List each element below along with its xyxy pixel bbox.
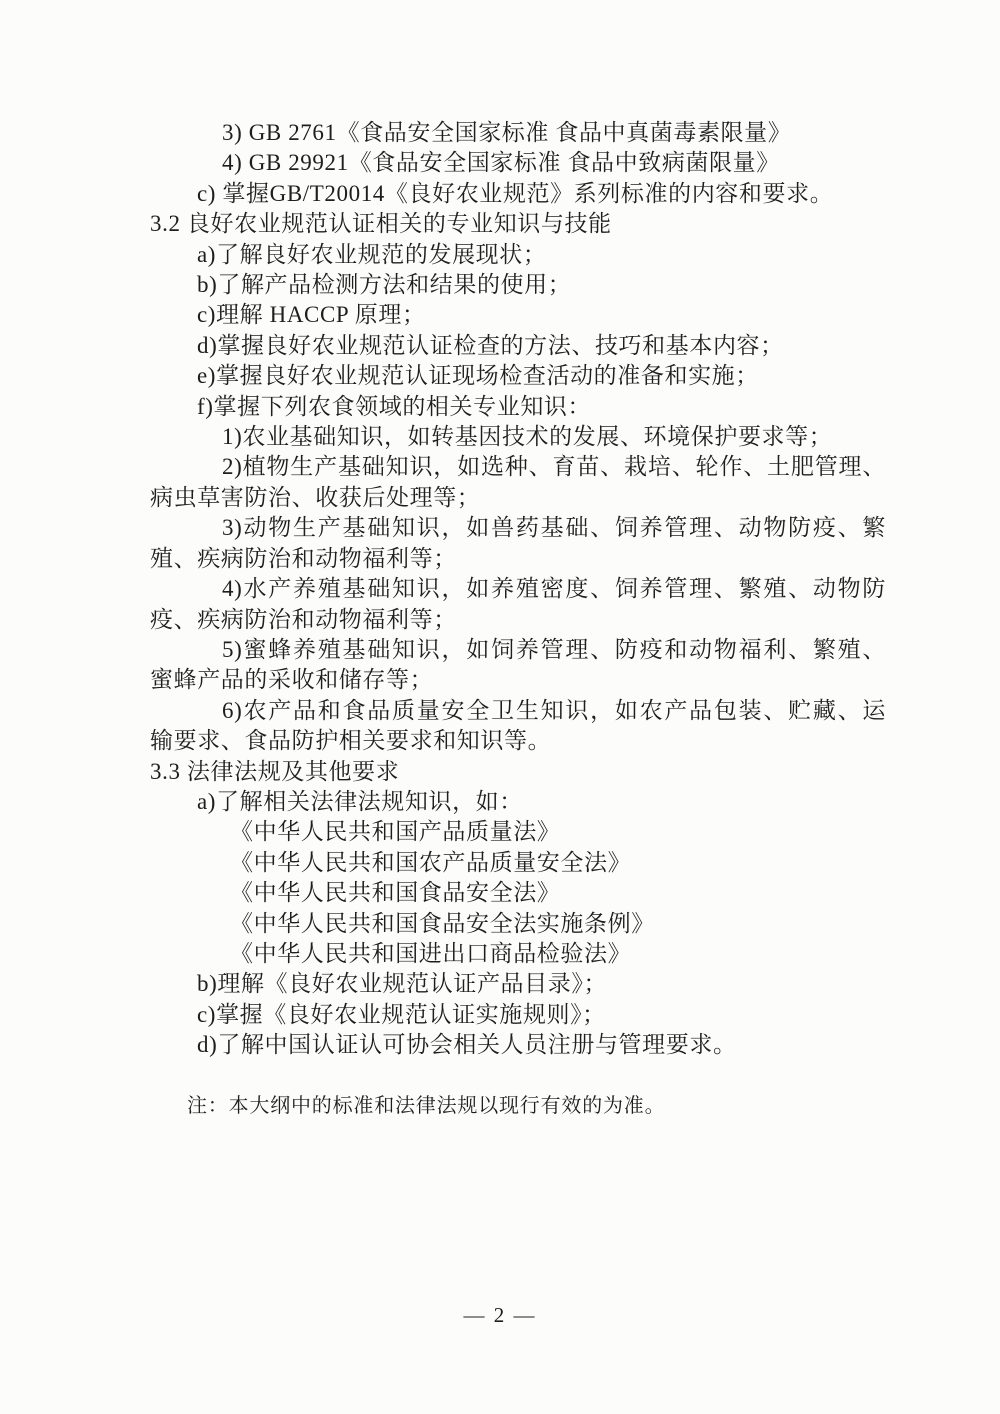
document-body: 3) GB 2761《食品安全国家标准 食品中真菌毒素限量》 4) GB 299… [150,118,886,1061]
text-line-item-e: e)掌握良好农业规范认证现场检查活动的准备和实施； [150,361,886,391]
text-line-sub-4-cont: 疫、疾病防治和动物福利等； [150,605,886,635]
section-3-3-heading: 3.3 法律法规及其他要求 [150,757,886,787]
text-line-law-product-quality: 《中华人民共和国产品质量法》 [150,817,886,847]
text-line-item-a: a)了解良好农业规范的发展现状； [150,240,886,270]
text-line-sub-3-cont: 殖、疾病防治和动物福利等； [150,544,886,574]
text-line-sub-5-cont: 蜜蜂产品的采收和储存等； [150,665,886,695]
note-line: 注：本大纲中的标准和法律法规以现行有效的为准。 [187,1093,665,1119]
text-line-law-import-export: 《中华人民共和国进出口商品检验法》 [150,939,886,969]
text-line-gb2761: 3) GB 2761《食品安全国家标准 食品中真菌毒素限量》 [150,118,886,148]
text-line-sub-2-cont: 病虫草害防治、收获后处理等； [150,483,886,513]
text-line-item-b2: b)理解《良好农业规范认证产品目录》； [150,969,886,999]
document-page: 3) GB 2761《食品安全国家标准 食品中真菌毒素限量》 4) GB 299… [0,0,1000,1414]
text-line-item-b: b)了解产品检测方法和结果的使用； [150,270,886,300]
text-line-item-f: f)掌握下列农食领域的相关专业知识： [150,392,886,422]
text-line-item-d2: d)了解中国认证认可协会相关人员注册与管理要求。 [150,1030,886,1060]
text-line-law-intro: a)了解相关法律法规知识，如： [150,787,886,817]
text-line-item-d: d)掌握良好农业规范认证检查的方法、技巧和基本内容； [150,331,886,361]
text-line-sub-6-cont: 输要求、食品防护相关要求和知识等。 [150,726,886,756]
text-line-sub-1: 1)农业基础知识，如转基因技术的发展、环境保护要求等； [150,422,886,452]
text-line-sub-3: 3)动物生产基础知识，如兽药基础、饲养管理、动物防疫、繁 [150,513,886,543]
text-line-law-agri-product-quality: 《中华人民共和国农产品质量安全法》 [150,848,886,878]
text-line-gb29921: 4) GB 29921《食品安全国家标准 食品中致病菌限量》 [150,148,886,178]
text-line-item-c2: c)掌握《良好农业规范认证实施规则》； [150,1000,886,1030]
text-line-sub-5: 5)蜜蜂养殖基础知识，如饲养管理、防疫和动物福利、繁殖、 [150,635,886,665]
section-3-2-heading: 3.2 良好农业规范认证相关的专业知识与技能 [150,209,886,239]
text-line-law-food-safety-regs: 《中华人民共和国食品安全法实施条例》 [150,909,886,939]
text-line-sub-4: 4)水产养殖基础知识，如养殖密度、饲养管理、繁殖、动物防 [150,574,886,604]
text-line-item-c-haccp: c)理解 HACCP 原理； [150,300,886,330]
text-line-sub-6: 6)农产品和食品质量安全卫生知识，如农产品包装、贮藏、运 [150,696,886,726]
text-line-sub-2: 2)植物生产基础知识，如选种、育苗、栽培、轮作、土肥管理、 [150,452,886,482]
text-line-law-food-safety: 《中华人民共和国食品安全法》 [150,878,886,908]
page-number: — 2 — [0,1303,1000,1328]
text-line-gbt20014: c) 掌握GB/T20014《良好农业规范》系列标准的内容和要求。 [150,179,886,209]
